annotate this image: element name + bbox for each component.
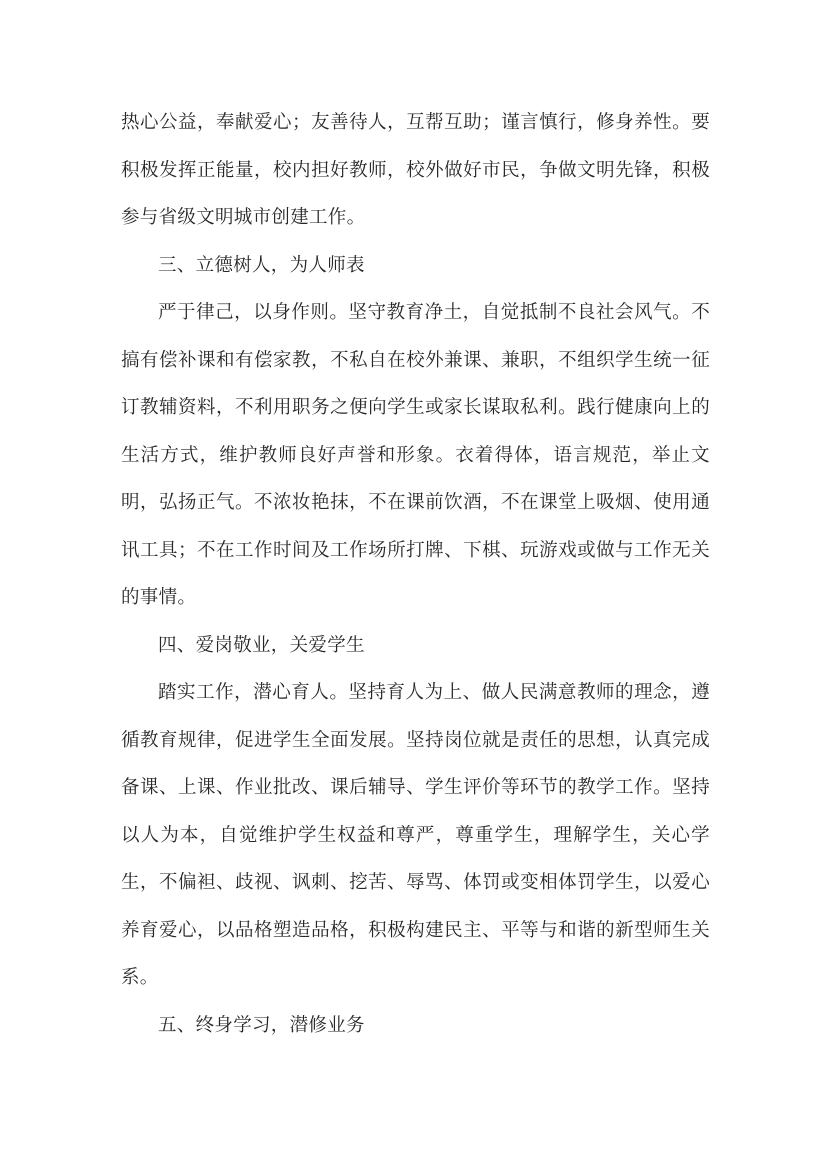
body-paragraph: 踏实工作，潜心育人。坚持育人为上、做人民满意教师的理念，遵循教育规律，促进学生全… <box>121 669 710 1002</box>
section-heading: 四、爱岗敬业，关爱学生 <box>121 622 710 670</box>
body-paragraph: 热心公益，奉献爱心；友善待人，互帮互助；谨言慎行，修身养性。要积极发挥正能量，校… <box>121 99 710 242</box>
section-heading: 五、终身学习，潜修业务 <box>121 1002 710 1050</box>
body-paragraph: 严于律己，以身作则。坚守教育净土，自觉抵制不良社会风气。不搞有偿补课和有偿家教，… <box>121 289 710 622</box>
section-heading: 三、立德树人，为人师表 <box>121 242 710 290</box>
document-body: 热心公益，奉献爱心；友善待人，互帮互助；谨言慎行，修身养性。要积极发挥正能量，校… <box>121 99 710 1049</box>
document-page: 热心公益，奉献爱心；友善待人，互帮互助；谨言慎行，修身养性。要积极发挥正能量，校… <box>0 0 827 1170</box>
